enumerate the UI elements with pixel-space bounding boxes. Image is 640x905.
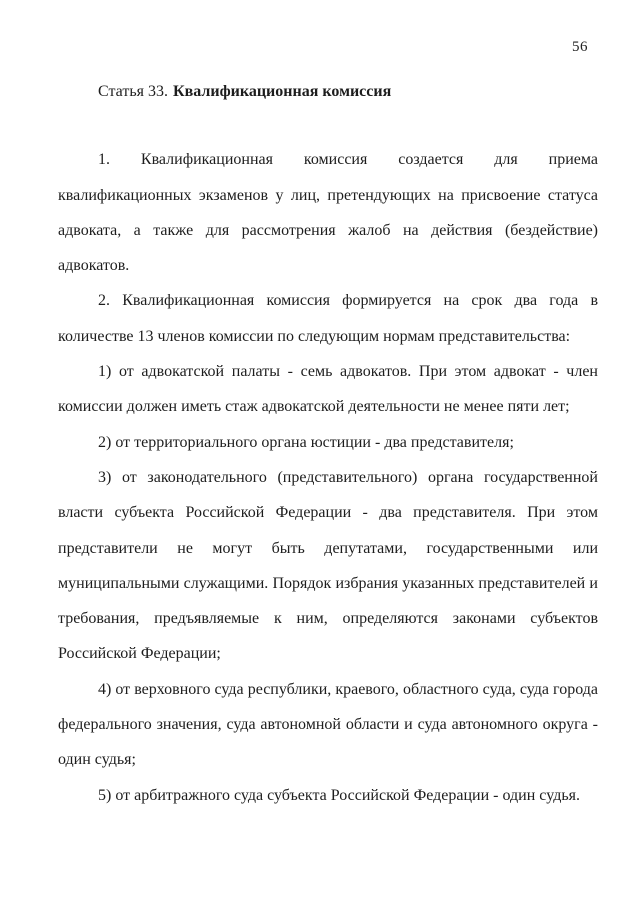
list-item-3: 3) от законодательного (представительног… bbox=[58, 460, 598, 672]
article-title: Квалификационная комиссия bbox=[173, 83, 391, 100]
list-item-1: 1) от адвокатской палаты - семь адвокато… bbox=[58, 354, 598, 425]
paragraph-2: 2. Квалификационная комиссия формируется… bbox=[58, 283, 598, 354]
paragraph-1: 1. Квалификационная комиссия создается д… bbox=[58, 142, 598, 283]
article-number: Статья 33. bbox=[98, 83, 168, 100]
list-item-4: 4) от верховного суда республики, краево… bbox=[58, 672, 598, 778]
document-page: 56 Статья 33.Квалификационная комиссия 1… bbox=[0, 0, 640, 905]
article-content: Статья 33.Квалификационная комиссия 1. К… bbox=[58, 74, 598, 813]
page-number: 56 bbox=[572, 39, 588, 56]
article-heading: Статья 33.Квалификационная комиссия bbox=[58, 74, 598, 109]
list-item-5: 5) от арбитражного суда субъекта Российс… bbox=[58, 778, 598, 813]
list-item-2: 2) от территориального органа юстиции - … bbox=[58, 425, 598, 460]
